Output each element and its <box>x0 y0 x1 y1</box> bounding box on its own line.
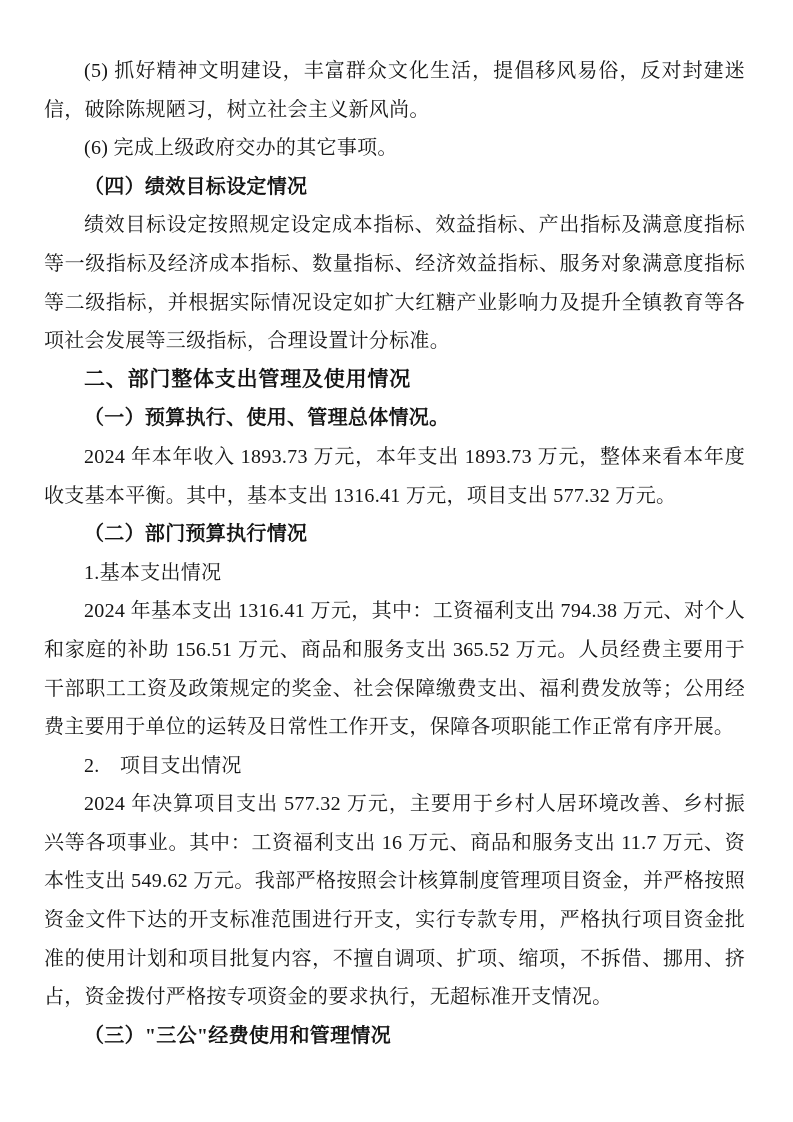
heading-overall-expenditure: 二、部门整体支出管理及使用情况 <box>44 361 745 400</box>
heading-three-public-funds: （三）"三公"经费使用和管理情况 <box>44 1017 745 1056</box>
para-duty-6: (6) 完成上级政府交办的其它事项。 <box>44 129 745 168</box>
heading-dept-budget-execution: （二）部门预算执行情况 <box>44 515 745 554</box>
heading-budget-execution-overview: （一）预算执行、使用、管理总体情况。 <box>44 399 745 438</box>
para-budget-overview: 2024 年本年收入 1893.73 万元，本年支出 1893.73 万元，整体… <box>44 438 745 515</box>
para-duty-5: (5) 抓好精神文明建设，丰富群众文化生活，提倡移风易俗，反对封建迷信，破除陈规… <box>44 52 745 129</box>
subheading-project-expenditure: 2. 项目支出情况 <box>44 747 745 786</box>
heading-performance-targets: （四）绩效目标设定情况 <box>44 168 745 207</box>
para-project-expenditure: 2024 年决算项目支出 577.32 万元，主要用于乡村人居环境改善、乡村振兴… <box>44 785 745 1017</box>
subheading-basic-expenditure: 1.基本支出情况 <box>44 554 745 593</box>
para-basic-expenditure: 2024 年基本支出 1316.41 万元，其中：工资福利支出 794.38 万… <box>44 592 745 746</box>
para-performance-targets: 绩效目标设定按照规定设定成本指标、效益指标、产出指标及满意度指标等一级指标及经济… <box>44 206 745 360</box>
document-body: (5) 抓好精神文明建设，丰富群众文化生活，提倡移风易俗，反对封建迷信，破除陈规… <box>44 52 745 1055</box>
document-page: (5) 抓好精神文明建设，丰富群众文化生活，提倡移风易俗，反对封建迷信，破除陈规… <box>0 0 793 1122</box>
